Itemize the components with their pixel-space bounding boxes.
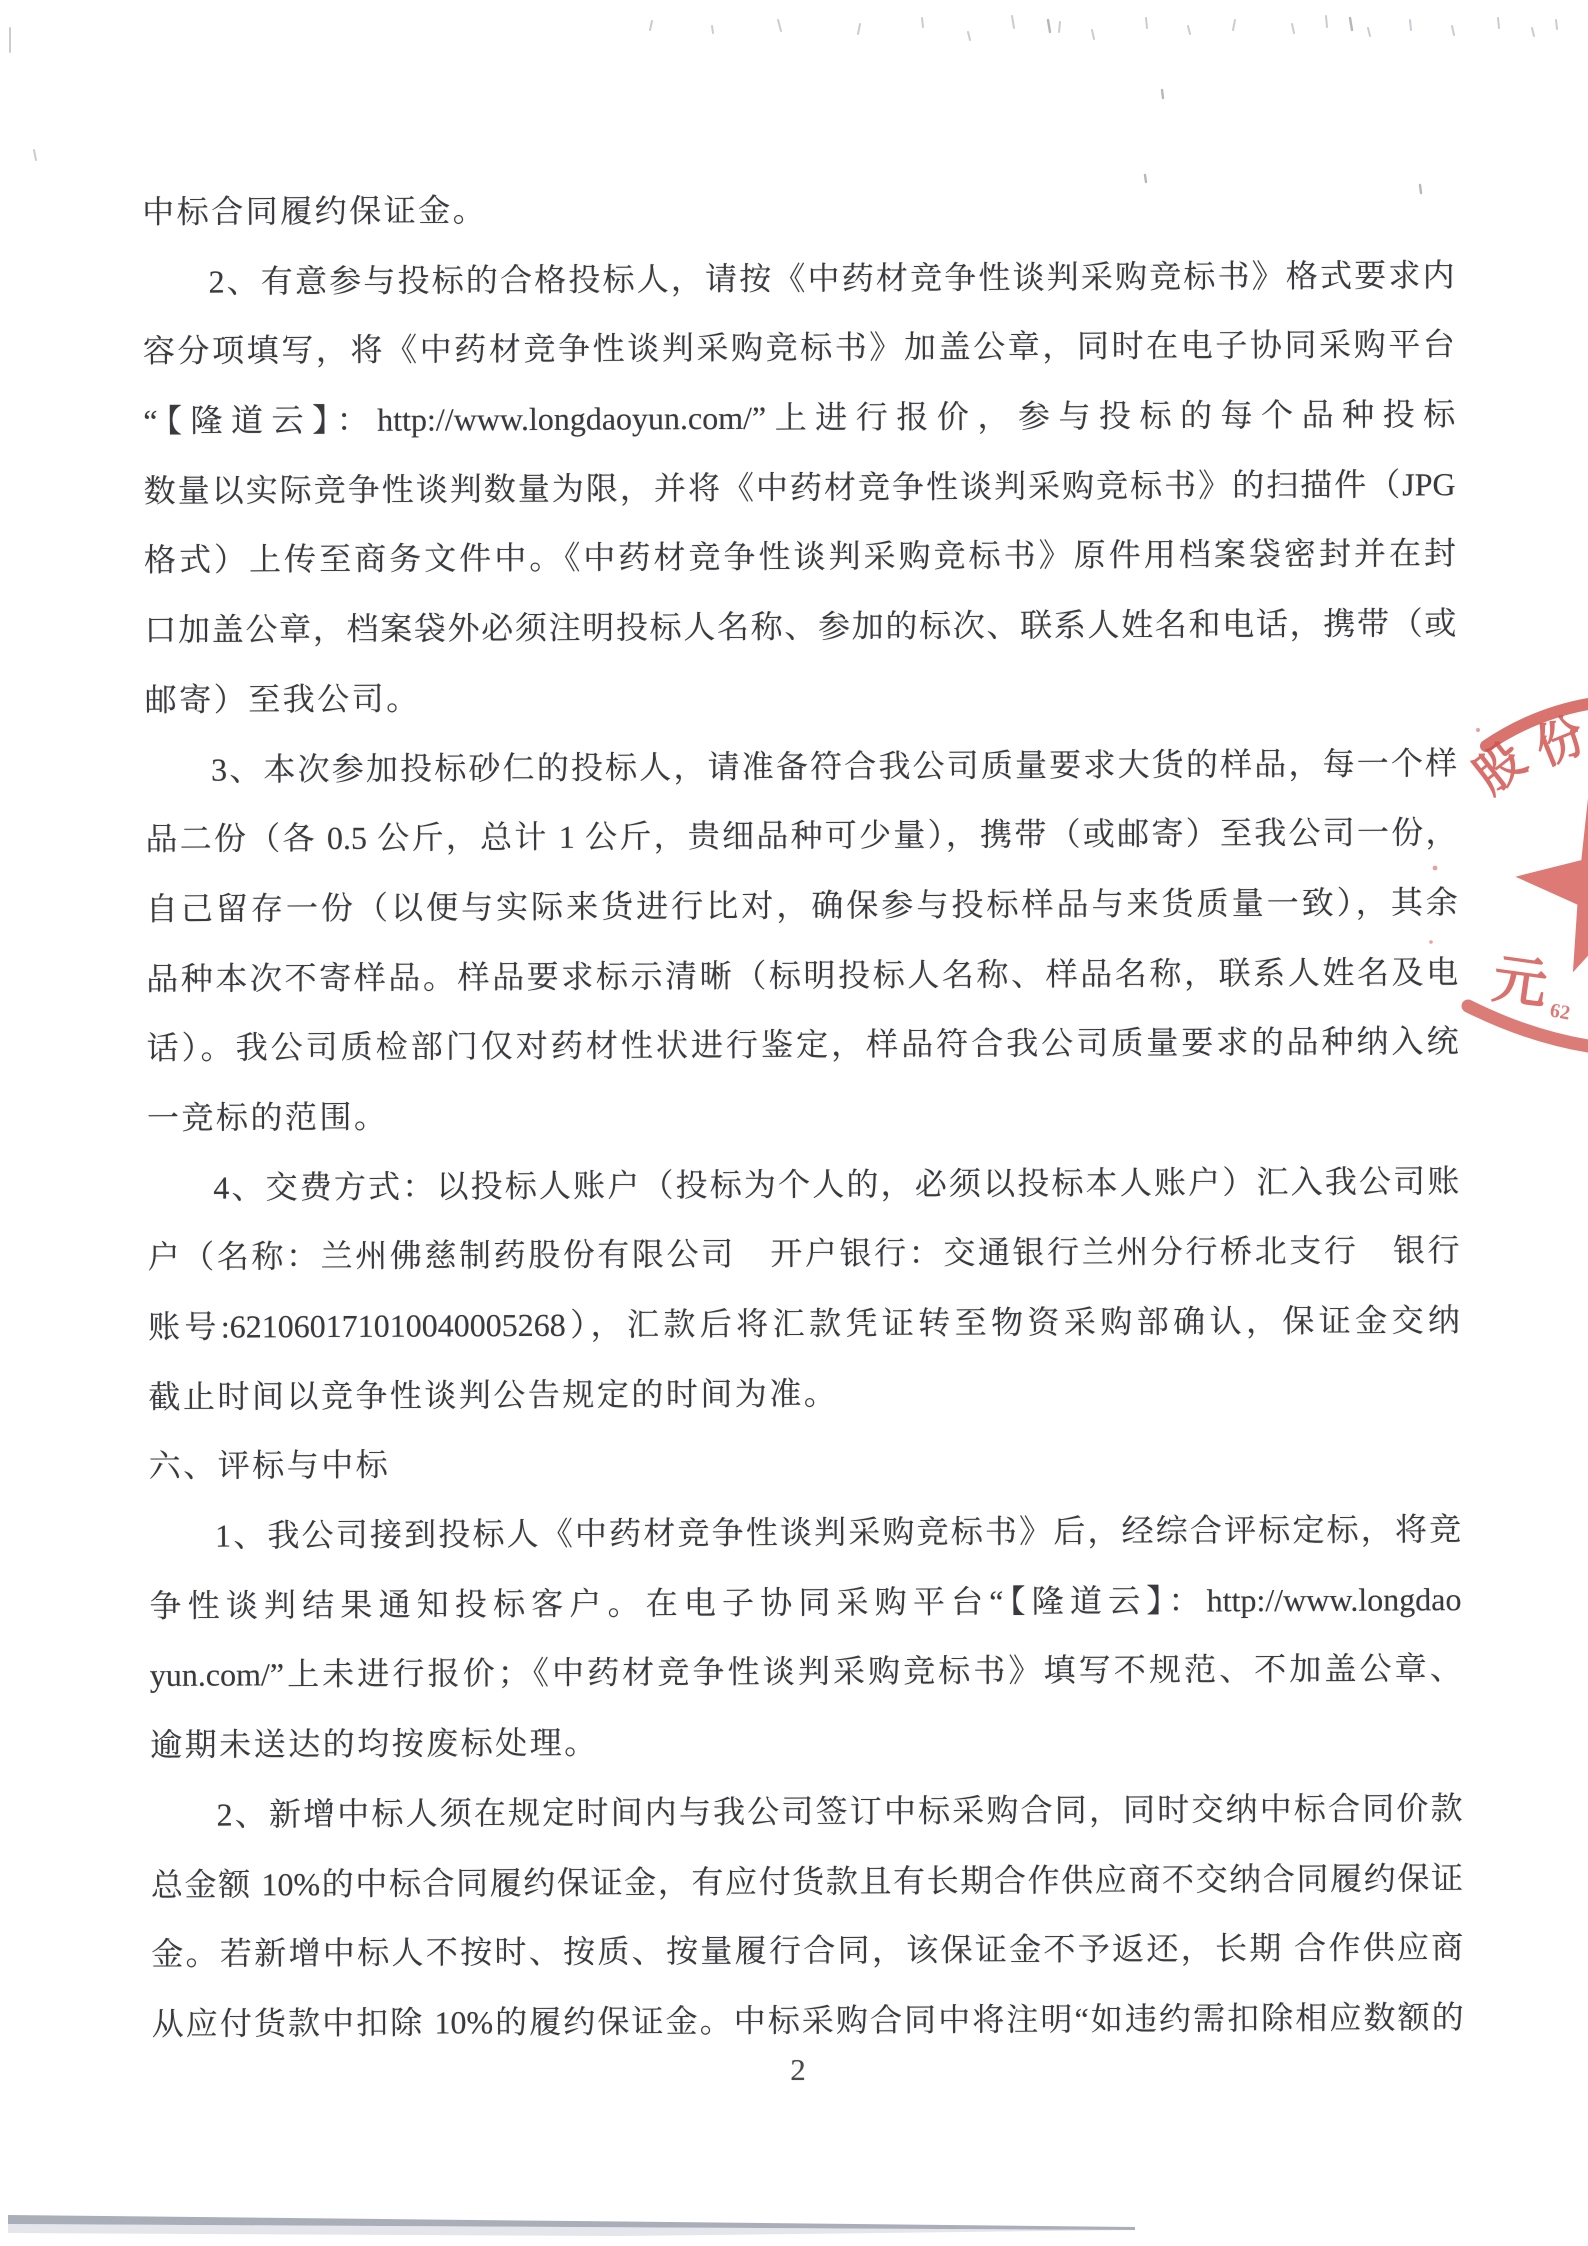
doc-line: “【隆道云】：http://www.longdaoyun.com/”上进行报价，… <box>143 380 1455 457</box>
doc-line: 话）。我公司质检部门仅对药材性状进行鉴定，样品符合我公司质量要求的品种纳入统 <box>146 1007 1458 1084</box>
doc-line: 一竞标的范围。 <box>147 1077 1459 1154</box>
seal-serial: 62 <box>1548 999 1572 1024</box>
doc-line: 3、本次参加投标砂仁的投标人，请准备符合我公司质量要求大货的样品，每一个样 <box>145 729 1457 806</box>
doc-line: 截止时间以竞争性谈判公告规定的时间为准。 <box>148 1356 1460 1433</box>
seal-char: 元 <box>1489 949 1551 1016</box>
doc-line: 容分项填写，将《中药材竞争性谈判采购竞标书》加盖公章，同时在电子协同采购平台 <box>143 311 1455 388</box>
doc-line: 逾期未送达的均按废标处理。 <box>150 1704 1462 1781</box>
doc-line: 账号:621060171010040005268），汇款后将汇款凭证转至物资采购… <box>148 1286 1460 1363</box>
doc-line: yun.com/”上未进行报价；《中药材竞争性谈判采购竞标书》填写不规范、不加盖… <box>150 1635 1462 1712</box>
doc-line: 邮寄）至我公司。 <box>145 659 1457 736</box>
doc-line: 自己留存一份（以便与实际来货进行比对，确保参与投标样品与来货质量一致），其余 <box>146 868 1458 945</box>
doc-line: 金。若新增中标人不按时、按质、按量履行合同，该保证金不予返还，长期 合作供应商 <box>151 1913 1463 1990</box>
doc-line: 中标合同履约保证金。 <box>142 171 1454 248</box>
company-seal-stamp: 股 份 元 62 <box>1428 690 1588 1100</box>
doc-line: 品种本次不寄样品。样品要求标示清晰（标明投标人名称、样品名称，联系人姓名及电 <box>146 938 1458 1015</box>
doc-line: 总金额 10%的中标合同履约保证金，有应付货款且有长期合作供应商不交纳合同履约保… <box>151 1844 1463 1921</box>
document-body: 中标合同履约保证金。 2、有意参与投标的合格投标人，请按《中药材竞争性谈判采购竞… <box>142 171 1464 2059</box>
scan-fold-shadow <box>0 2200 1588 2246</box>
seal-star-icon <box>1515 792 1588 972</box>
doc-line: 户（名称：兰州佛慈制药股份有限公司 开户银行：交通银行兰州分行桥北支行 银行 <box>147 1216 1459 1293</box>
doc-line: 数量以实际竞争性谈判数量为限，并将《中药材竞争性谈判采购竞标书》的扫描件（JPG <box>143 450 1455 527</box>
doc-line: 从应付货款中扣除 10%的履约保证金。中标采购合同中将注明“如违约需扣除相应数额… <box>151 1983 1463 2060</box>
seal-char: 股 <box>1465 733 1535 804</box>
page-number: 2 <box>142 2052 1454 2088</box>
doc-line: 争性谈判结果通知投标客户。在电子协同采购平台“【隆道云】：http://www.… <box>149 1565 1461 1642</box>
section-heading: 六、评标与中标 <box>149 1425 1461 1502</box>
paper-background: 中标合同履约保证金。 2、有意参与投标的合格投标人，请按《中药材竞争性谈判采购竞… <box>0 0 1588 2246</box>
scanned-document-page: { "document": { "lines": [ "中标合同履约保证金。",… <box>0 0 1588 2246</box>
doc-line: 口加盖公章，档案袋外必须注明投标人名称、参加的标次、联系人姓名和电话，携带（或 <box>144 589 1456 666</box>
doc-line: 格式）上传至商务文件中。《中药材竞争性谈判采购竞标书》原件用档案袋密封并在封 <box>144 520 1456 597</box>
doc-line: 4、交费方式：以投标人账户（投标为个人的，必须以投标本人账户）汇入我公司账 <box>147 1147 1459 1224</box>
doc-line: 2、新增中标人须在规定时间内与我公司签订中标采购合同，同时交纳中标合同价款 <box>150 1774 1462 1851</box>
doc-line: 2、有意参与投标的合格投标人，请按《中药材竞争性谈判采购竞标书》格式要求内 <box>142 241 1454 318</box>
doc-line: 1、我公司接到投标人《中药材竞争性谈判采购竞标书》后，经综合评标定标，将竞 <box>149 1495 1461 1572</box>
doc-line: 品二份（各 0.5 公斤，总计 1 公斤，贵细品种可少量），携带（或邮寄）至我公… <box>145 798 1457 875</box>
